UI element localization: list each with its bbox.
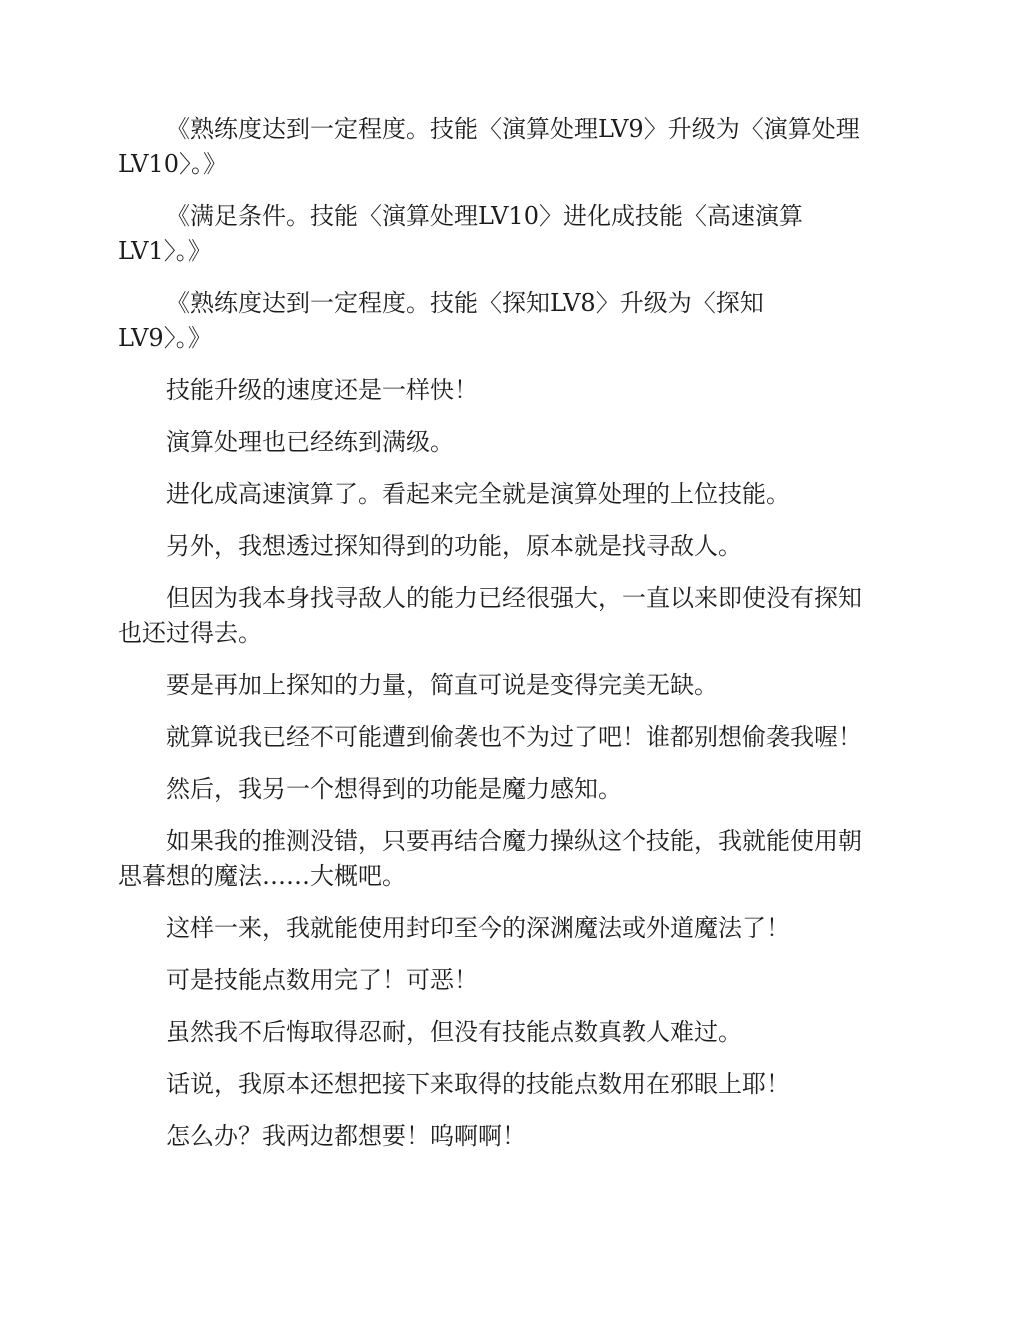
paragraph: 可是技能点数用完了！可恶！ bbox=[118, 963, 910, 998]
paragraph: 但因为我本身找寻敌人的能力已经很强大，一直以来即使没有探知也还过得去。 bbox=[118, 581, 910, 651]
paragraph: 要是再加上探知的力量，简直可说是变得完美无缺。 bbox=[118, 668, 910, 703]
paragraph: 演算处理也已经练到满级。 bbox=[118, 425, 910, 460]
paragraph: 技能升级的速度还是一样快！ bbox=[118, 373, 910, 408]
document-page: 《熟练度达到一定程度。技能〈演算处理LV9〉升级为〈演算处理LV10〉。》《满足… bbox=[0, 0, 1020, 1320]
text-area: 《熟练度达到一定程度。技能〈演算处理LV9〉升级为〈演算处理LV10〉。》《满足… bbox=[118, 112, 910, 1171]
paragraph: 虽然我不后悔取得忍耐，但没有技能点数真教人难过。 bbox=[118, 1015, 910, 1050]
paragraph: 话说，我原本还想把接下来取得的技能点数用在邪眼上耶！ bbox=[118, 1067, 910, 1102]
paragraph: 《熟练度达到一定程度。技能〈探知LV8〉升级为〈探知LV9〉。》 bbox=[118, 286, 910, 356]
paragraph: 就算说我已经不可能遭到偷袭也不为过了吧！谁都别想偷袭我喔！ bbox=[118, 720, 910, 755]
paragraph: 这样一来，我就能使用封印至今的深渊魔法或外道魔法了！ bbox=[118, 911, 910, 946]
paragraph: 《熟练度达到一定程度。技能〈演算处理LV9〉升级为〈演算处理LV10〉。》 bbox=[118, 112, 910, 182]
paragraph: 另外，我想透过探知得到的功能，原本就是找寻敌人。 bbox=[118, 529, 910, 564]
paragraph: 然后，我另一个想得到的功能是魔力感知。 bbox=[118, 772, 910, 807]
paragraph: 怎么办？我两边都想要！呜啊啊！ bbox=[118, 1119, 910, 1154]
paragraph: 进化成高速演算了。看起来完全就是演算处理的上位技能。 bbox=[118, 477, 910, 512]
paragraph: 《满足条件。技能〈演算处理LV10〉进化成技能〈高速演算LV1〉。》 bbox=[118, 199, 910, 269]
paragraph: 如果我的推测没错，只要再结合魔力操纵这个技能，我就能使用朝思暮想的魔法……大概吧… bbox=[118, 824, 910, 894]
